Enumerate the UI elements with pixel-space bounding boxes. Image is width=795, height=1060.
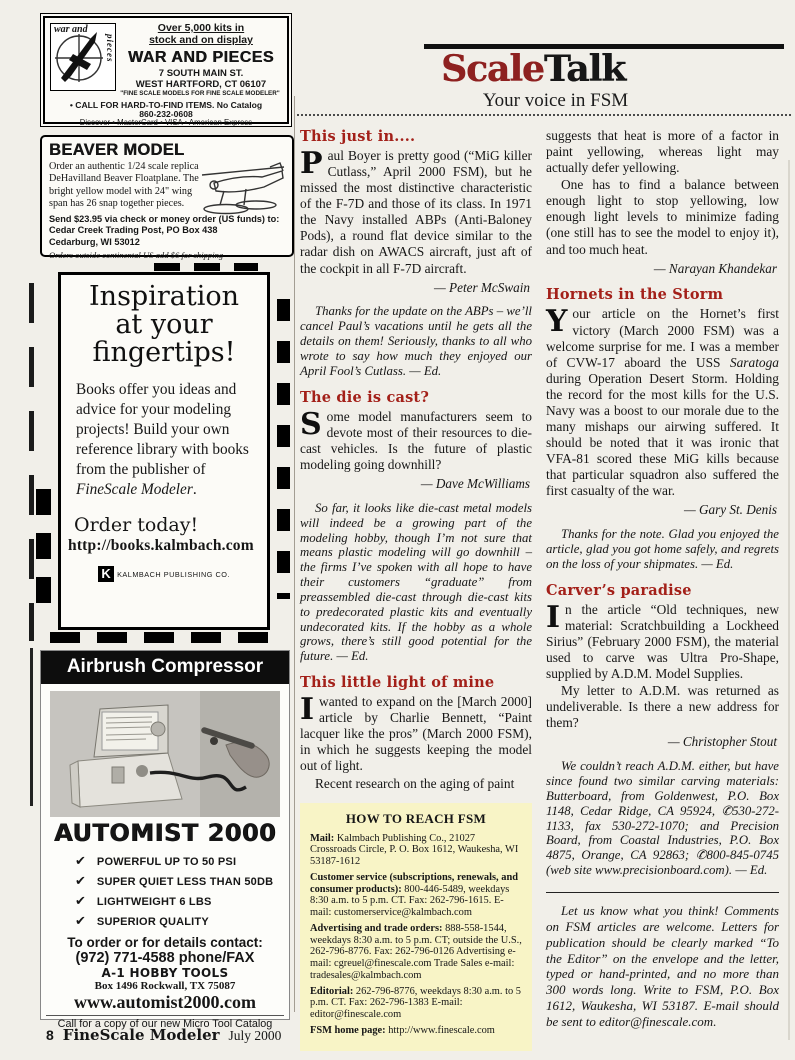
feature-label: SUPER QUIET LESS THAN 50DB [97, 876, 273, 888]
dropcap: I [546, 602, 565, 630]
scaletalk-masthead: ScaleTalk [441, 49, 625, 89]
kalmbach-logo-icon: K [98, 566, 114, 582]
ad-filmstrip-bottom [50, 632, 268, 643]
page-number: 8 [46, 1027, 54, 1043]
registration-marks-left [29, 283, 34, 641]
ad-filmstrip-left [36, 489, 51, 609]
beaver-send-line3: Cedarburg, WI 53012 [49, 237, 292, 249]
kalmbach-publisher-name: KALMBACH PUBLISHING CO. [117, 570, 230, 579]
check-icon: ✔ [75, 854, 86, 869]
letter-body: Iwanted to expand on the [March 2000] ar… [300, 694, 532, 774]
editor-reply: We couldn’t reach A.D.M. either, but hav… [546, 759, 779, 878]
war-address-line2: WEST HARTFORD, CT 06107 [117, 79, 285, 90]
inspiration-body-text: Books offer you ideas and advice for you… [76, 381, 249, 478]
war-banner-line1: Over 5,000 kits in [121, 22, 281, 34]
continued-paragraph-2: One has to find a balance between enough… [546, 177, 779, 257]
war-stock-banner: Over 5,000 kits in stock and on display [121, 22, 281, 46]
editor-reply: Thanks for the update on the ABPs – we’l… [300, 304, 532, 378]
feature-row: ✔ SUPERIOR QUALITY [75, 914, 289, 929]
inspiration-body-italic: FineScale Modeler [76, 481, 193, 498]
letters-policy-note: Let us know what you think! Comments on … [546, 903, 779, 1030]
how-to-reach-fsm-box: HOW TO REACH FSM Mail: Kalmbach Publishi… [300, 803, 532, 1051]
war-address-line1: 7 SOUTH MAIN ST. [117, 68, 285, 79]
letter-heading: This just in.... [300, 128, 532, 145]
dropcap: S [300, 409, 327, 437]
dropcap: Y [546, 306, 572, 334]
automist-url: www.automist2000.com [41, 992, 289, 1013]
continued-paragraph: suggests that heat is more of a factor i… [546, 128, 779, 176]
issue-date: July 2000 [229, 1028, 282, 1044]
letter-body: Paul Boyer is pretty good (“MiG killer C… [300, 148, 532, 277]
editorial-column-1: This just in.... Paul Boyer is pretty go… [300, 128, 532, 1051]
inspiration-books-ad: Inspiration at your fingertips! Books of… [36, 263, 292, 645]
reach-box-title: HOW TO REACH FSM [310, 811, 522, 827]
feature-row: ✔ LIGHTWEIGHT 6 LBS [75, 894, 289, 909]
section-rule [546, 892, 779, 893]
editor-reply: So far, it looks like die-cast metal mod… [300, 501, 532, 664]
compressor-photo [50, 691, 280, 817]
editorial-column-2: suggests that heat is more of a factor i… [546, 128, 779, 1043]
ship-name-italic: Saratoga [730, 355, 779, 370]
beaver-ad-title: BEAVER MODEL [49, 141, 292, 160]
ad-filmstrip-right [277, 299, 290, 599]
inspiration-headline: Inspiration at your fingertips! [61, 283, 267, 367]
beaver-shipping-note: Orders outside continental US add $6 for… [49, 250, 292, 260]
masthead-word-talk: Talk [544, 48, 625, 90]
check-icon: ✔ [75, 874, 86, 889]
kalmbach-publisher-line: K KALMBACH PUBLISHING CO. [61, 566, 267, 582]
reach-entry-text: http://www.finescale.com [386, 1025, 495, 1036]
letter-signature: — Narayan Khandekar [546, 261, 777, 277]
automist-feature-list: ✔ POWERFUL UP TO 50 PSI ✔ SUPER QUIET LE… [75, 854, 289, 929]
letter-heading: Carver’s paradise [546, 582, 779, 599]
letter-signature: — Gary St. Denis [546, 502, 777, 518]
letter-text-end: during Operation Desert Storm. Holding t… [546, 371, 779, 499]
war-store-name: WAR AND PIECES [117, 49, 285, 67]
letter-body: Some model manufacturers seem to devote … [300, 409, 532, 473]
automist-ad: Airbrush Compressor AUTOMIST 2000 ✔ POWE… [40, 650, 290, 1020]
letter-heading: The die is cast? [300, 389, 532, 406]
letter-body-2: Recent research on the aging of paint [300, 776, 532, 792]
inspiration-ad-box: Inspiration at your fingertips! Books of… [58, 272, 270, 630]
column-rule [294, 96, 295, 1012]
reach-entry: Customer service (subscriptions, renewal… [310, 872, 522, 919]
war-and-pieces-ad-border: war and pieces Over 5,000 kits in stock … [43, 16, 289, 124]
reach-entry: Advertising and trade orders: 888-558-15… [310, 923, 522, 982]
masthead-subtitle: Your voice in FSM [448, 90, 663, 112]
floatplane-illustration [184, 161, 290, 221]
reach-entry: Editorial: 262-796-8776, weekdays 8:30 a… [310, 986, 522, 1021]
letter-signature: — Christopher Stout [546, 734, 777, 750]
feature-label: SUPERIOR QUALITY [97, 916, 209, 928]
check-icon: ✔ [75, 894, 86, 909]
dropcap: I [300, 694, 319, 722]
page-right-edge [788, 160, 790, 1040]
magazine-name: FineScale Modeler [63, 1026, 220, 1044]
war-logo-word-top: war and [54, 24, 88, 35]
masthead-dotted-rule [297, 114, 791, 116]
automist-phone: (972) 771-4588 phone/FAX [41, 950, 289, 966]
automist-ad-header: Airbrush Compressor [41, 651, 289, 684]
letter-text: n the article “Old techniques, new mater… [546, 602, 779, 681]
feature-row: ✔ SUPER QUIET LESS THAN 50DB [75, 874, 289, 889]
letter-body-2: My letter to A.D.M. was returned as unde… [546, 683, 779, 731]
automist-contact-lead: To order or for details contact: [41, 935, 289, 950]
letter-heading: Hornets in the Storm [546, 286, 779, 303]
automist-company: A-1 HOBBY TOOLS [41, 966, 289, 980]
letter-signature: — Peter McSwain [300, 280, 530, 296]
reach-entry-lead: FSM home page: [310, 1025, 386, 1036]
war-payment-cards: Discover • MasterCard • VISA • American … [45, 118, 287, 127]
war-and-pieces-ad: war and pieces Over 5,000 kits in stock … [40, 13, 292, 127]
inspiration-body: Books offer you ideas and advice for you… [76, 380, 252, 499]
page-footer: 8 FineScale Modeler July 2000 [46, 1026, 281, 1044]
automist-address: Box 1496 Rockwall, TX 75087 [41, 980, 289, 992]
feature-row: ✔ POWERFUL UP TO 50 PSI [75, 854, 289, 869]
inspiration-order-today: Order today! [74, 514, 267, 536]
inspiration-headline-line2: at your [61, 311, 267, 339]
war-and-pieces-logo: war and pieces [50, 23, 116, 91]
check-icon: ✔ [75, 914, 86, 929]
reach-entry-lead: Advertising and trade orders: [310, 923, 442, 934]
war-banner-line2: stock and on display [121, 34, 281, 46]
ad-filmstrip-top [154, 263, 258, 271]
letter-text: ome model manufacturers seem to devote m… [300, 409, 532, 472]
editor-reply: Thanks for the note. Glad you enjoyed th… [546, 527, 779, 572]
letter-body: Your article on the Hornet’s first victo… [546, 306, 779, 499]
war-tagline: "FINE SCALE MODELS FOR FINE SCALE MODELE… [111, 90, 289, 97]
letter-heading: This little light of mine [300, 674, 532, 691]
beaver-ad-body: Order an authentic 1/24 scale replica De… [49, 161, 199, 211]
masthead-word-scale: Scale [441, 48, 544, 90]
letter-signature: — Dave McWilliams [300, 476, 530, 492]
war-logo-word-side: pieces [105, 34, 115, 63]
kalmbach-books-url: http://books.kalmbach.com [68, 537, 267, 555]
feature-label: LIGHTWEIGHT 6 LBS [97, 896, 212, 908]
reach-entry: Mail: Kalmbach Publishing Co., 21027 Cro… [310, 833, 522, 868]
reach-entry-lead: Mail: [310, 833, 334, 844]
beaver-model-ad: BEAVER MODEL Order an authentic 1/24 sca… [40, 135, 294, 257]
inspiration-headline-line3: fingertips! [61, 339, 267, 367]
feature-label: POWERFUL UP TO 50 PSI [97, 856, 236, 868]
inspiration-headline-line1: Inspiration [61, 283, 267, 311]
beaver-send-line2: Cedar Creek Trading Post, PO Box 438 [49, 225, 292, 237]
letter-text: wanted to expand on the [March 2000] art… [300, 694, 532, 773]
automist-title: AUTOMIST 2000 [41, 819, 289, 847]
letter-body: In the article “Old techniques, new mate… [546, 602, 779, 682]
reach-entry-text: Kalmbach Publishing Co., 21027 Crossroad… [310, 833, 518, 868]
reach-entry: FSM home page: http://www.finescale.com [310, 1025, 522, 1037]
page-edge-mark [30, 648, 33, 806]
reach-entry-lead: Editorial: [310, 986, 353, 997]
letter-text: aul Boyer is pretty good (“MiG killer Cu… [300, 148, 532, 276]
dropcap: P [300, 148, 328, 176]
inspiration-body-period: . [193, 481, 197, 498]
